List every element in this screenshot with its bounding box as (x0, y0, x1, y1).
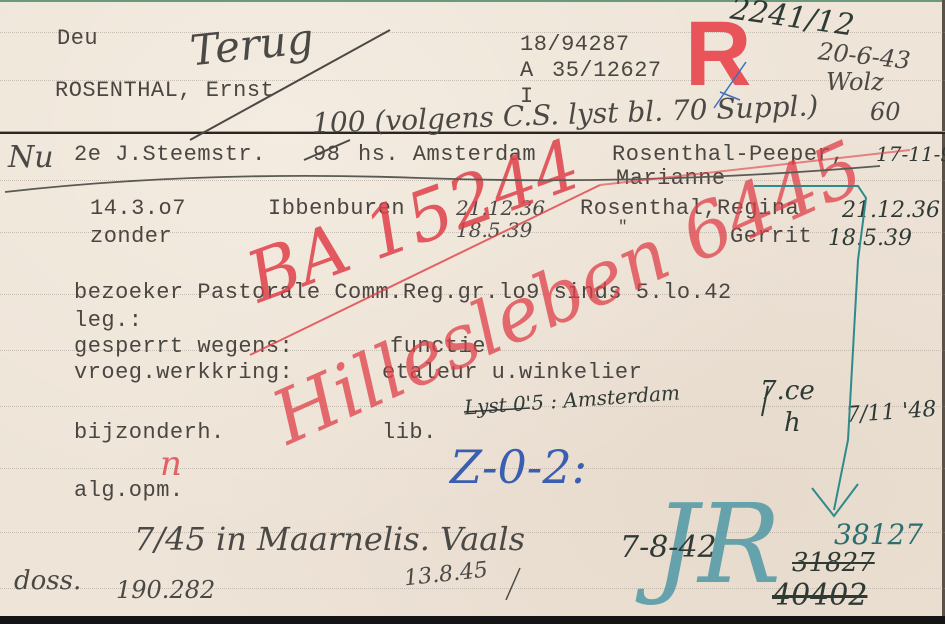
handwritten-spouse-date: 17-11-99 (876, 142, 945, 166)
number-current: 38127 (834, 518, 923, 551)
number-struck-1: 31827 (792, 548, 875, 578)
birth-date: 14.3.o7 (90, 196, 186, 221)
number-struck-2: 40402 (772, 578, 867, 613)
address-number: 98 (313, 142, 340, 167)
address-street: 2e J.Steemstr. (74, 142, 266, 167)
bijzonderh-value: lib. (382, 420, 437, 445)
handwritten-note-top-2: 60 (870, 98, 901, 126)
gesperrt-label: gesperrt wegens: (74, 334, 293, 359)
bijzonderh-label: bijzonderh. (74, 420, 225, 445)
handwritten-initials-2: h (784, 408, 801, 438)
handwritten-bottom-note: 7/45 in Maarnelis. Vaals (134, 520, 525, 558)
handwritten-date-right: 7/11 '48 (845, 397, 937, 428)
registration-card: Deu ROSENTHAL, Ernst 18/94287 A 35/12627… (0, 0, 945, 616)
religion: zonder (90, 224, 172, 249)
handwritten-bottom-sub-date: 13.8.45 (403, 558, 489, 592)
handwritten-lijst-note: Lyst 0'5 : Amsterdam (463, 380, 680, 419)
reference-2-prefix: A (520, 58, 534, 83)
handwritten-note-top: Wolz (826, 68, 884, 96)
dossier-number: 190.282 (116, 576, 215, 604)
red-crayon-prefix: n (160, 444, 182, 484)
dossier-label: doss. (14, 566, 81, 596)
reference-1: 18/94287 (520, 32, 630, 57)
handwritten-nu: Nu (8, 140, 54, 175)
reference-2: 35/12627 (552, 58, 662, 83)
handwritten-bottom-date: 7-8-42 (620, 530, 717, 565)
werkkring-label: vroeg.werkkring: (74, 360, 293, 385)
blue-code: Z-0-2: (450, 440, 587, 494)
handwritten-child-2-date: 18.5.39 (828, 226, 912, 251)
nationality: Deu (57, 26, 98, 51)
handwritten-terug: Terug (188, 14, 316, 76)
handwritten-initials: 7.ce (760, 376, 815, 406)
leg-label: leg.: (74, 308, 143, 333)
person-name: ROSENTHAL, Ernst (55, 78, 274, 103)
card-bottom-edge (0, 616, 945, 624)
